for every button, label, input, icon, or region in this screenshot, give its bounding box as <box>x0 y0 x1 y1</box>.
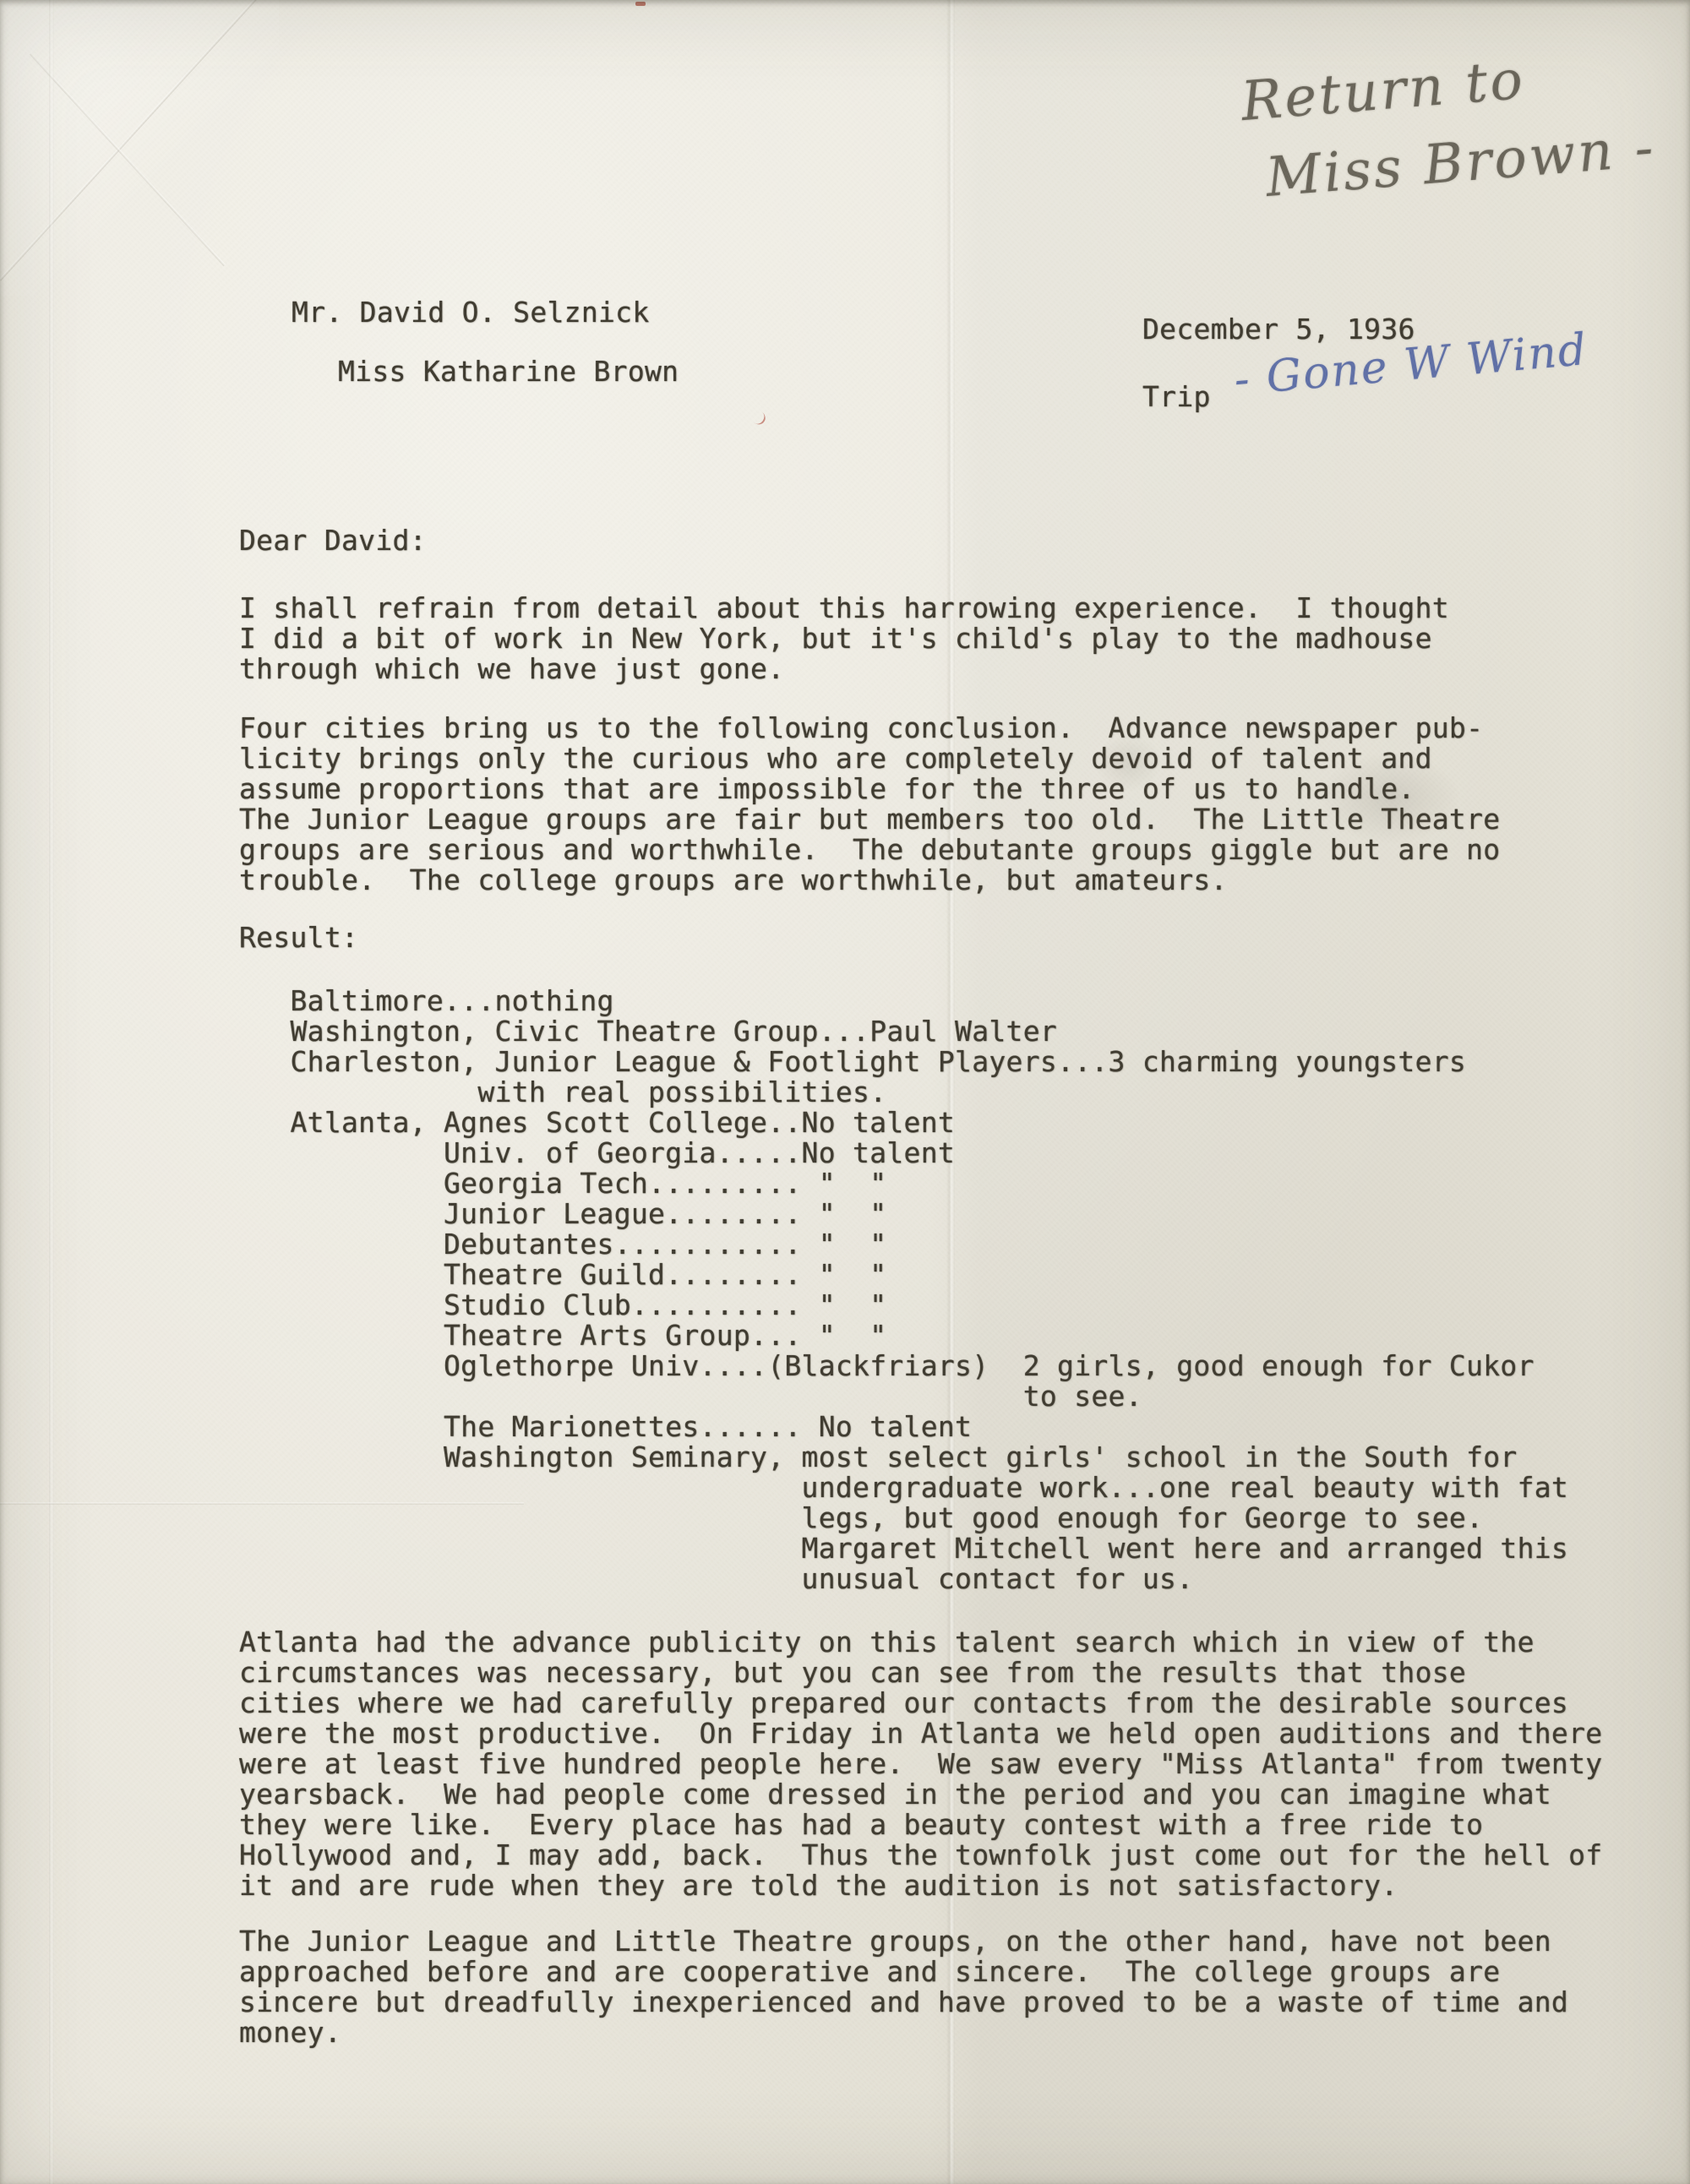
paragraph-3: Atlanta had the advance publicity on thi… <box>239 1627 1602 1901</box>
sender-line: Miss Katharine Brown <box>338 357 679 387</box>
date-line: December 5, 1936 <box>1142 314 1415 345</box>
paragraph-4: The Junior League and Little Theatre gro… <box>239 1926 1568 2048</box>
pencil-annotation: Return to Miss Brown - <box>1239 31 1659 218</box>
letter-page: Return to Miss Brown - Mr. David O. Selz… <box>0 0 1690 2184</box>
result-list: Baltimore...nothing Washington, Civic Th… <box>239 986 1568 1594</box>
paragraph-2: Four cities bring us to the following co… <box>239 713 1500 896</box>
subject-label: Trip <box>1142 382 1211 412</box>
result-label: Result: <box>239 923 358 953</box>
recipient-line: Mr. David O. Selznick <box>292 297 650 328</box>
scan-artifact-red-mark <box>635 2 646 6</box>
left-edge-crease <box>49 0 54 2184</box>
paragraph-1: I shall refrain from detail about this h… <box>239 593 1449 684</box>
salutation: Dear David: <box>239 526 427 556</box>
scan-artifact-red-curl <box>748 407 768 427</box>
corner-fold-sheen <box>0 0 279 296</box>
